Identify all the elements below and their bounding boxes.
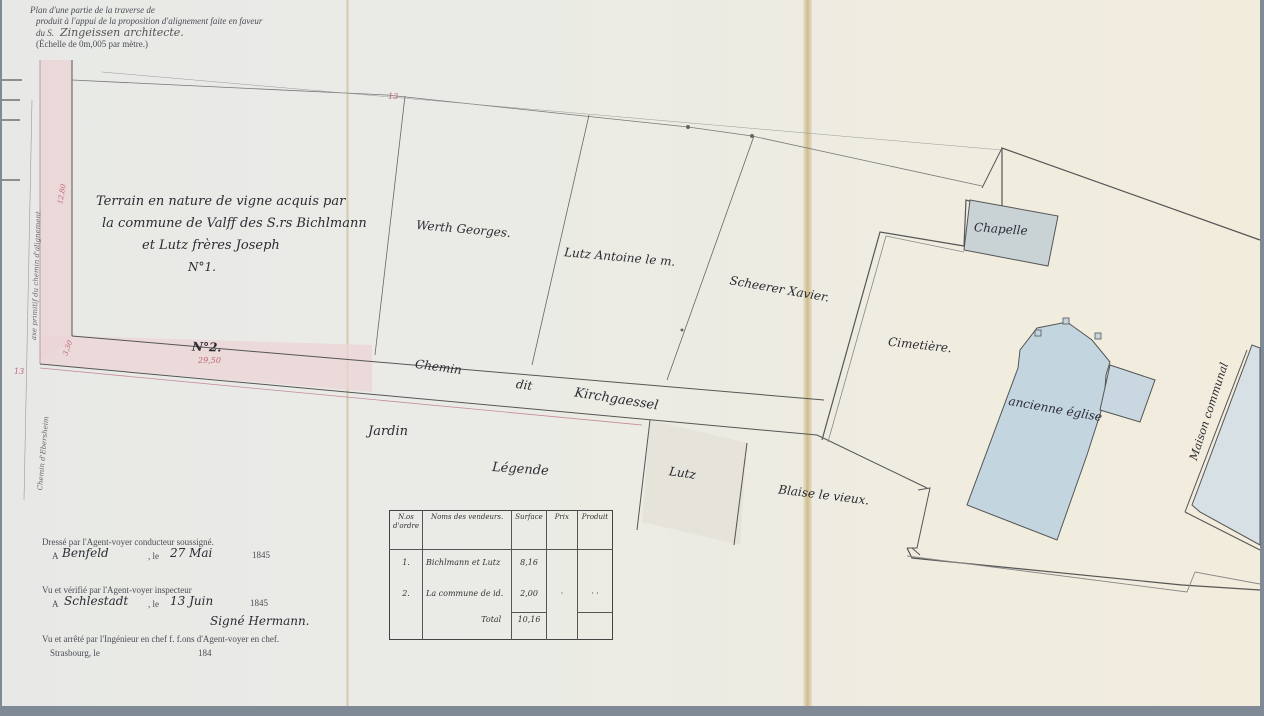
legend-row: 2. La commune de id. 2,00 · · · xyxy=(390,587,613,613)
legend-row-no: 2. xyxy=(390,587,423,613)
legend-header-surface: Surface xyxy=(512,511,547,550)
verified-le-label: , le xyxy=(148,599,159,609)
red-annotation-c: 13 xyxy=(388,92,398,101)
parcel-1-number: N°1. xyxy=(188,260,216,274)
parcel-1-line-2: la commune de Valff des S.rs Bichlmann xyxy=(102,216,367,231)
drawn-year: 1845 xyxy=(252,550,270,560)
verified-year: 1845 xyxy=(250,598,268,608)
legend-row-no: 1. xyxy=(390,550,423,587)
drawn-le-label: , le xyxy=(148,551,159,561)
parcel-2-number: N°2. xyxy=(192,339,222,354)
verified-place: Schlestadt xyxy=(64,594,128,608)
approved-by-label: Vu et arrêté par l'Ingénieur en chef f. … xyxy=(42,634,279,644)
header-line-1: Plan d'une partie de la traverse de xyxy=(30,5,155,15)
road-label-dit: dit xyxy=(515,377,533,393)
legend-row-product: · · xyxy=(577,587,612,613)
garden-label: Jardin xyxy=(368,424,408,439)
parcel-1-line-3: et Lutz frères Joseph xyxy=(142,238,280,253)
approved-year: 184 xyxy=(198,648,212,658)
red-annotation-b: 29,50 xyxy=(198,356,221,365)
drawn-at-label: A xyxy=(52,551,59,561)
verified-date: 13 Juin xyxy=(170,594,213,608)
drawn-date: 27 Mai xyxy=(170,546,212,560)
legend-row-surface: 2,00 xyxy=(512,587,547,613)
header-line-2: produit à l'appui de la proposition d'al… xyxy=(36,16,262,26)
legend-header-names: Noms des vendeurs. xyxy=(423,511,512,550)
legend-row-product xyxy=(577,550,612,587)
legend-row-surface: 8,16 xyxy=(512,550,547,587)
plan-drawing xyxy=(2,0,1264,716)
header-line-3-prefix: du S. xyxy=(36,28,54,38)
drawn-place: Benfeld xyxy=(62,546,109,560)
architect-name: Zingeissen architecte. xyxy=(60,26,184,39)
legend-total-value: 10,16 xyxy=(512,613,547,640)
legend-row-name: La commune de id. xyxy=(423,587,512,613)
legend-total-row: Total 10,16 xyxy=(390,613,613,640)
parcel-2-wash-vertical xyxy=(40,60,72,360)
approved-place: Strasbourg, le xyxy=(50,648,100,658)
legend-row-price: · xyxy=(546,587,577,613)
legend-row-price xyxy=(546,550,577,587)
signature-hermann: Signé Hermann. xyxy=(210,614,310,628)
plan-sheet: Plan d'une partie de la traverse de prod… xyxy=(2,0,1260,706)
legend-header-price: Prix xyxy=(546,511,577,550)
legend-header-no: N.os d'ordre xyxy=(390,511,423,550)
legend-row: 1. Bichlmann et Lutz 8,16 xyxy=(390,550,613,587)
legend-row-name: Bichlmann et Lutz xyxy=(423,550,512,587)
parcel-1-line-1: Terrain en nature de vigne acquis par xyxy=(96,194,345,209)
legend-header-product: Produit xyxy=(577,511,612,550)
scale-note: (Échelle de 0m,005 par mètre.) xyxy=(36,39,148,49)
legend-total-label: Total xyxy=(423,613,512,640)
red-annotation-a: 13 xyxy=(14,367,24,376)
verified-at-label: A xyxy=(52,599,59,609)
legend-table: N.os d'ordre Noms des vendeurs. Surface … xyxy=(389,510,613,640)
